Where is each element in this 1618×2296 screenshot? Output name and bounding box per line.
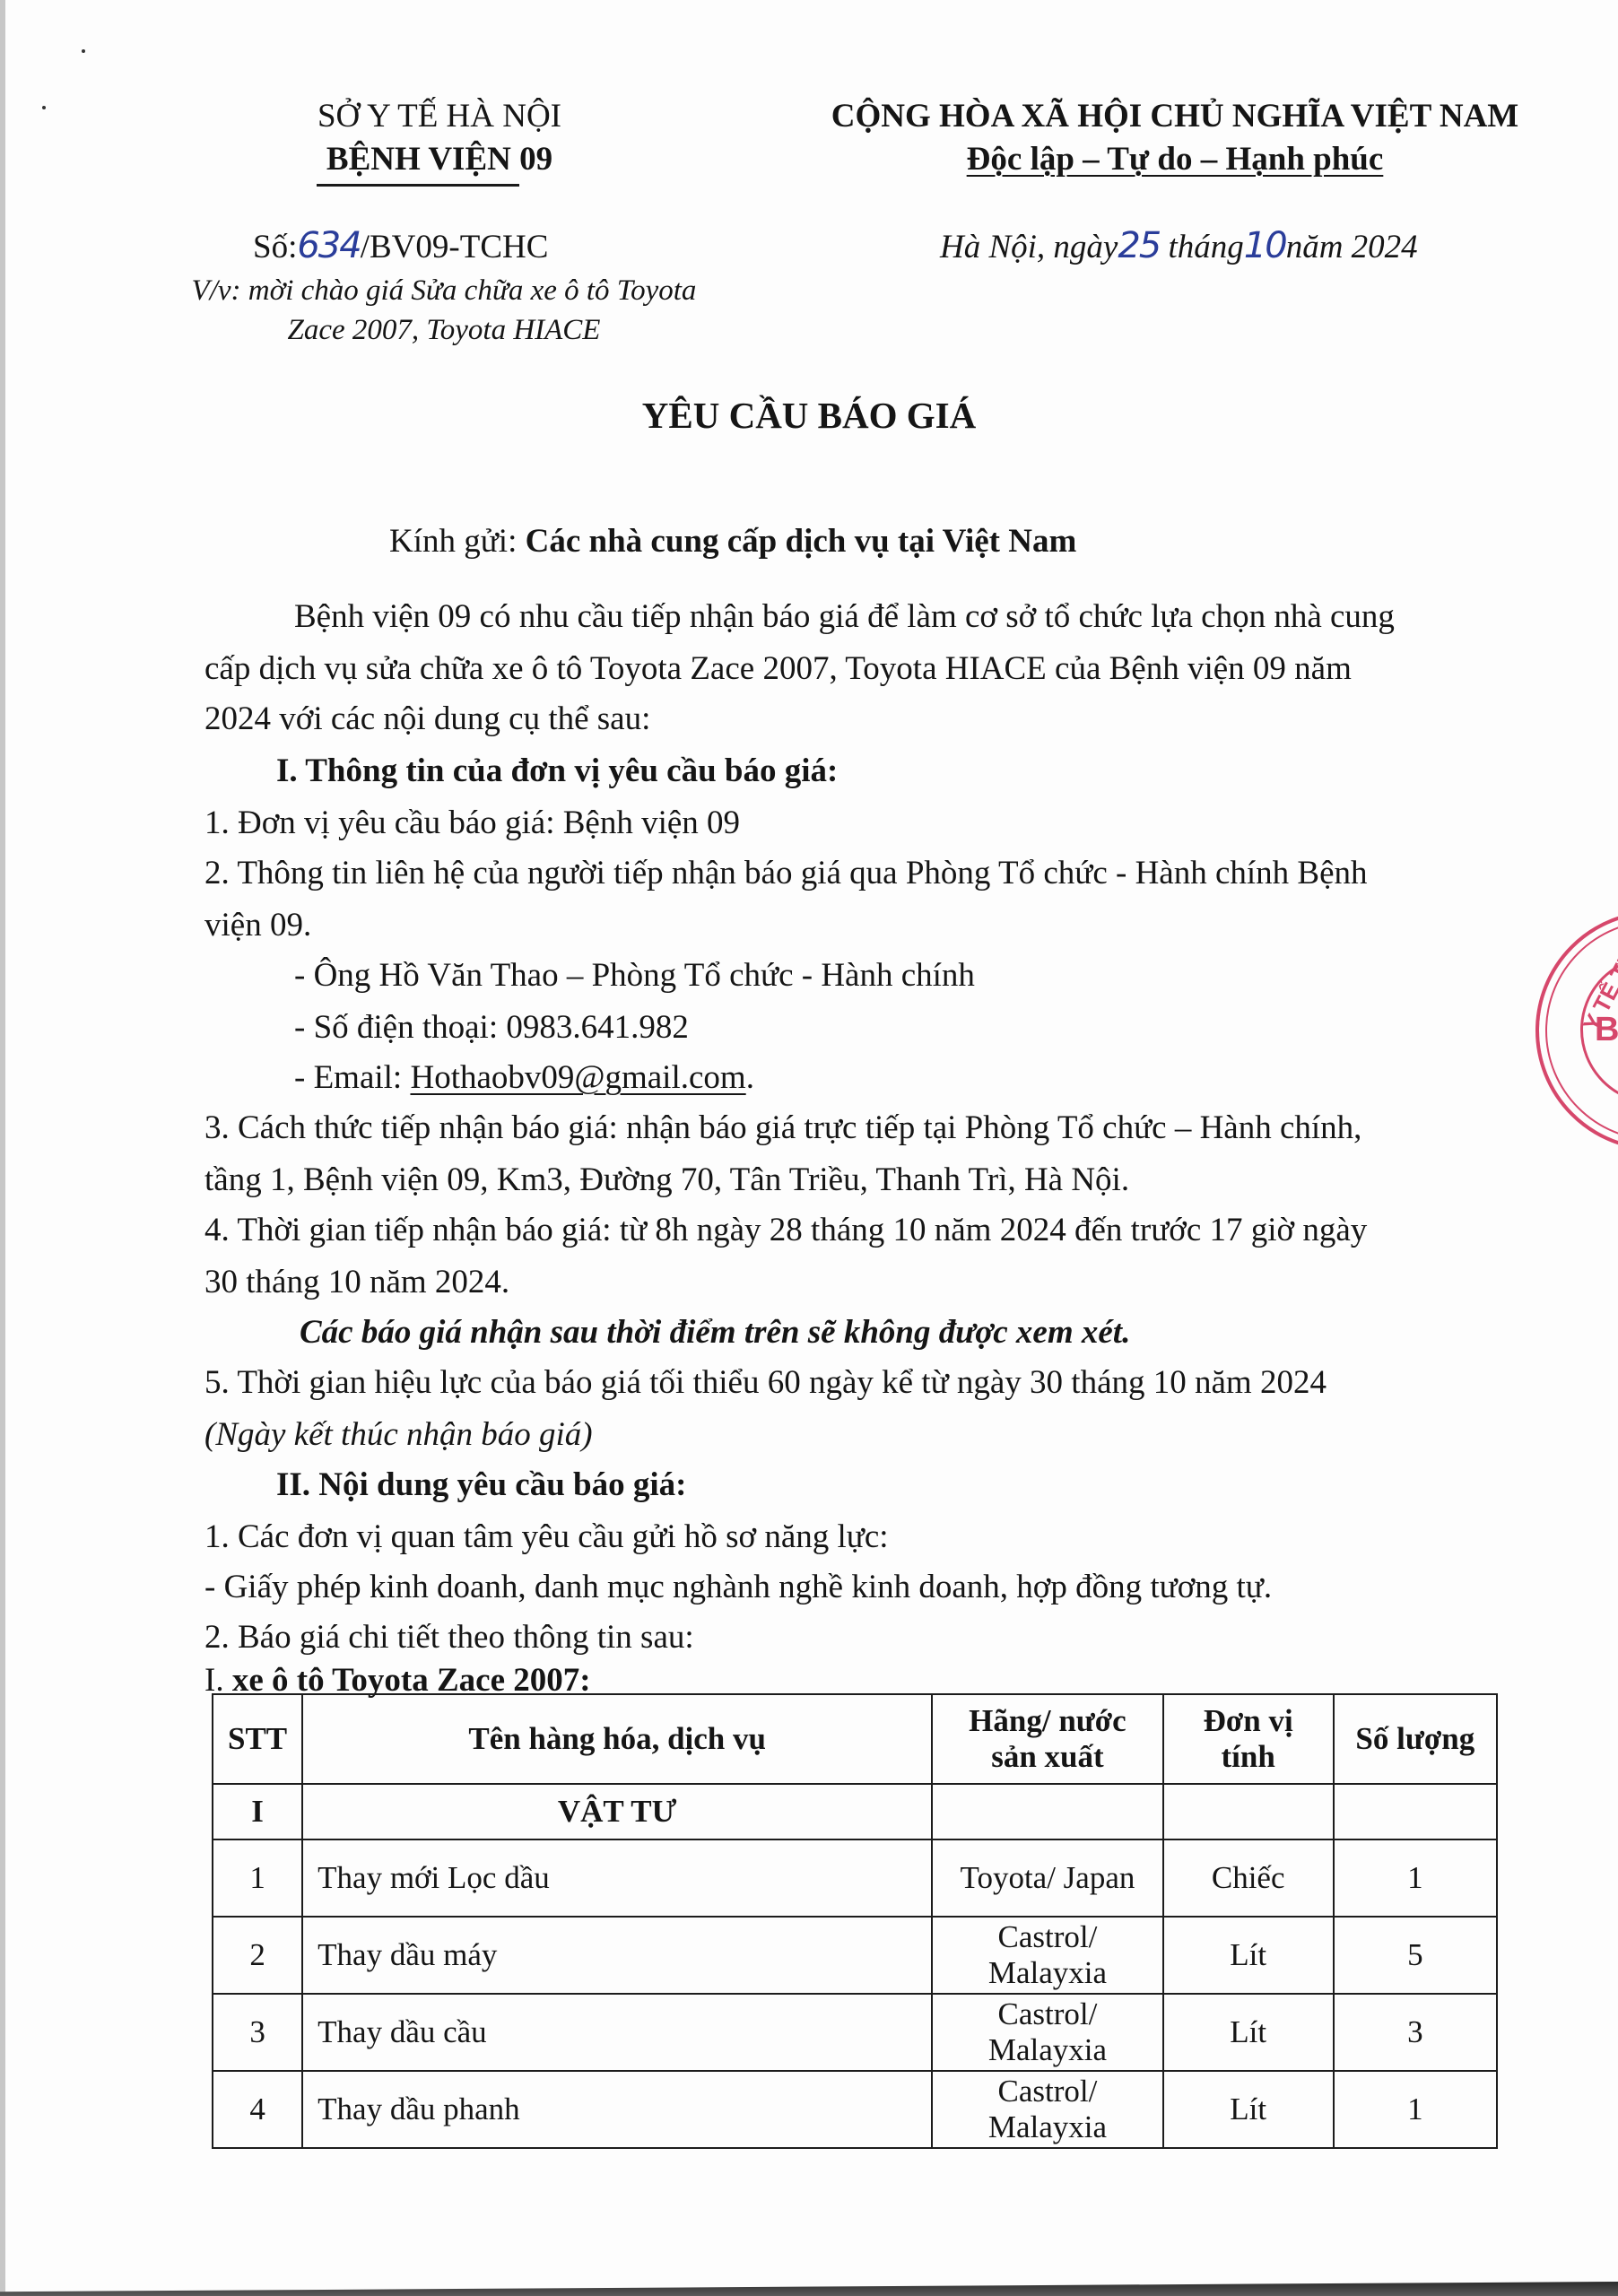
group-empty-cell	[1163, 1784, 1334, 1839]
s1-item-4-line-1: 4. Thời gian tiếp nhận báo giá: từ 8h ng…	[204, 1211, 1367, 1250]
quote-items-table: STT Tên hàng hóa, dịch vụ Hãng/ nướcsản …	[212, 1693, 1498, 2149]
table-row: 4Thay dầu phanhCastrol/MalayxiaLít1	[213, 2071, 1497, 2148]
late-submission-notice: Các báo giá nhận sau thời điểm trên sẽ k…	[300, 1313, 1130, 1352]
group-empty-cell	[1334, 1784, 1497, 1839]
recipient-line: Kính gửi: Các nhà cung cấp dịch vụ tại V…	[389, 522, 1076, 561]
hospital-name: BỆNH VIỆN 09	[260, 140, 619, 179]
s2-item-1: 1. Các đơn vị quan tâm yêu cầu gửi hồ sơ…	[204, 1518, 889, 1557]
subject-line-1: V/v: mời chào giá Sửa chữa xe ô tô Toyot…	[135, 271, 753, 310]
cell-qty: 3	[1334, 1994, 1497, 2071]
scan-speck	[82, 49, 85, 53]
hospital-underline	[317, 184, 519, 187]
date-month-handwritten: 10	[1244, 225, 1286, 266]
s1-item-5-line-1: 5. Thời gian hiệu lực của báo giá tối th…	[204, 1363, 1327, 1403]
recipient-value: Các nhà cung cấp dịch vụ tại Việt Nam	[526, 523, 1077, 560]
doc-number-handwritten: 634	[297, 225, 360, 266]
intro-line-3: 2024 với các nội dung cụ thể sau:	[204, 700, 650, 739]
s1-item-3-line-1: 3. Cách thức tiếp nhận báo giá: nhận báo…	[204, 1109, 1361, 1148]
section-1-heading: I. Thông tin của đơn vị yêu cầu báo giá:	[276, 752, 838, 791]
cell-stt: 4	[213, 2071, 302, 2148]
document-number: Số:634/BV09-TCHC	[253, 226, 548, 267]
table-group-row: I VẬT TƯ	[213, 1784, 1497, 1839]
email-suffix: .	[746, 1059, 754, 1096]
cell-maker: Castrol/Malayxia	[932, 1994, 1163, 2071]
group-empty-cell	[932, 1784, 1163, 1839]
stamp-center-text: BỆ	[1595, 1011, 1618, 1049]
s2-item-1-detail: - Giấy phép kinh doanh, danh mục nghành …	[204, 1568, 1272, 1607]
cell-unit: Lít	[1163, 1917, 1334, 1994]
date-day-handwritten: 25	[1118, 225, 1160, 266]
table-header-row: STT Tên hàng hóa, dịch vụ Hãng/ nướcsản …	[213, 1694, 1497, 1784]
country-name: CỘNG HÒA XÃ HỘI CHỦ NGHĨA VIỆT NAM	[789, 97, 1561, 136]
date-month-label: tháng	[1169, 229, 1244, 265]
header-maker: Hãng/ nướcsản xuất	[932, 1694, 1163, 1784]
cell-maker: Toyota/ Japan	[932, 1839, 1163, 1917]
cell-name: Thay dầu cầu	[302, 1994, 932, 2071]
s1-item-3-line-2: tầng 1, Bệnh viện 09, Km3, Đường 70, Tân…	[204, 1161, 1129, 1200]
red-seal-stamp: Y TẾ TH BỆ	[1535, 910, 1618, 1151]
date-year: năm 2024	[1286, 229, 1418, 265]
cell-qty: 1	[1334, 1839, 1497, 1917]
email-label: - Email:	[294, 1059, 410, 1096]
cell-name: Thay dầu máy	[302, 1917, 932, 1994]
scan-left-edge	[0, 0, 5, 2296]
cell-qty: 5	[1334, 1917, 1497, 1994]
section-2-heading: II. Nội dung yêu cầu báo giá:	[276, 1465, 686, 1505]
intro-line-2: cấp dịch vụ sửa chữa xe ô tô Toyota Zace…	[204, 649, 1352, 689]
doc-number-suffix: /BV09-TCHC	[361, 229, 549, 265]
s1-item-2-line-1: 2. Thông tin liên hệ của người tiếp nhận…	[204, 854, 1368, 893]
scanned-document-page: SỞ Y TẾ HÀ NỘI BỆNH VIỆN 09 Số:634/BV09-…	[0, 0, 1618, 2296]
group-stt: I	[213, 1784, 302, 1839]
date-prefix: Hà Nội, ngày	[940, 229, 1118, 265]
header-unit: Đơn vịtính	[1163, 1694, 1334, 1784]
document-date: Hà Nội, ngày25 tháng10năm 2024	[940, 226, 1418, 267]
doc-number-prefix: Số:	[253, 229, 297, 265]
cell-stt: 2	[213, 1917, 302, 1994]
header-name: Tên hàng hóa, dịch vụ	[302, 1694, 932, 1784]
cell-name: Thay dầu phanh	[302, 2071, 932, 2148]
email-link[interactable]: Hothaobv09@gmail.com	[410, 1059, 745, 1096]
document-title: YÊU CẦU BÁO GIÁ	[0, 393, 1618, 438]
s1-item-4-line-2: 30 tháng 10 năm 2024.	[204, 1263, 509, 1302]
header-stt: STT	[213, 1694, 302, 1784]
group-name: VẬT TƯ	[302, 1784, 932, 1839]
scan-speck	[42, 106, 46, 109]
table-row: 2Thay dầu máyCastrol/MalayxiaLít5	[213, 1917, 1497, 1994]
cell-maker: Castrol/Malayxia	[932, 2071, 1163, 2148]
cell-unit: Lít	[1163, 1994, 1334, 2071]
intro-line-1: Bệnh viện 09 có nhu cầu tiếp nhận báo gi…	[294, 597, 1395, 637]
table-row: 1Thay mới Lọc dầuToyota/ JapanChiếc1	[213, 1839, 1497, 1917]
scan-bottom-edge	[0, 2282, 1618, 2296]
s2-item-2: 2. Báo giá chi tiết theo thông tin sau:	[204, 1618, 694, 1657]
recipient-label: Kính gửi:	[389, 523, 526, 560]
cell-stt: 1	[213, 1839, 302, 1917]
cell-qty: 1	[1334, 2071, 1497, 2148]
agency-name: SỞ Y TẾ HÀ NỘI	[260, 97, 619, 136]
subject-line-2: Zace 2007, Toyota HIACE	[135, 310, 753, 350]
contact-email-line: - Email: Hothaobv09@gmail.com.	[294, 1058, 754, 1098]
cell-stt: 3	[213, 1994, 302, 2071]
cell-unit: Chiếc	[1163, 1839, 1334, 1917]
s1-item-5-line-2: (Ngày kết thúc nhận báo giá)	[204, 1415, 593, 1455]
contact-phone: - Số điện thoại: 0983.641.982	[294, 1008, 689, 1048]
contact-person: - Ông Hồ Văn Thao – Phòng Tổ chức - Hành…	[294, 956, 975, 996]
cell-maker: Castrol/Malayxia	[932, 1917, 1163, 1994]
s1-item-2-line-2: viện 09.	[204, 906, 311, 945]
national-motto: Độc lập – Tự do – Hạnh phúc	[789, 140, 1561, 179]
s1-item-1: 1. Đơn vị yêu cầu báo giá: Bệnh viện 09	[204, 804, 740, 843]
cell-unit: Lít	[1163, 2071, 1334, 2148]
cell-name: Thay mới Lọc dầu	[302, 1839, 932, 1917]
table-row: 3Thay dầu cầuCastrol/MalayxiaLít3	[213, 1994, 1497, 2071]
header-qty: Số lượng	[1334, 1694, 1497, 1784]
